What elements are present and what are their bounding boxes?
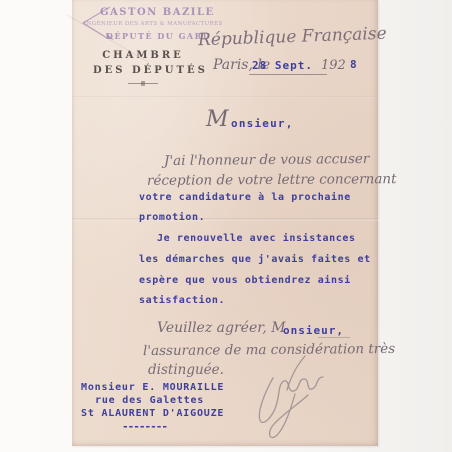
- recipient-separator-dashes: --------: [122, 420, 167, 433]
- salutation-initial: M: [206, 107, 229, 132]
- body-typed-line: promotion.: [139, 212, 205, 223]
- recipient-street: rue des Galettes: [95, 395, 204, 406]
- dateline-underline: [249, 74, 327, 75]
- chamber-ornament-rule: [128, 83, 158, 84]
- chamber-des-deputes-heading: CHAMBRE DES DÉPUTÉS: [93, 48, 193, 78]
- recipient-name: Monsieur E. MOURAILLE: [81, 382, 224, 393]
- body-typed-line: Je renouvelle avec insistances: [157, 233, 356, 244]
- salutation-typed: onsieur,: [231, 117, 294, 130]
- body-typed-line: espère que vous obtiendrez ainsi: [139, 275, 351, 286]
- letter-photo: GASTON BAZILE INGÉNIEUR DES ARTS & MANUF…: [0, 0, 452, 452]
- stamp-sender-title: INGÉNIEUR DES ARTS & MANUFACTURES: [84, 21, 223, 27]
- body-typed-line: votre candidature à la prochaine: [139, 192, 351, 203]
- body-typed-line: satisfaction.: [139, 295, 225, 306]
- dateline-typed-year-digit: 8: [350, 58, 357, 71]
- closing-script-line: distinguée.: [148, 362, 224, 378]
- body-script-line: J'ai l'honneur de vous accuser: [164, 151, 369, 169]
- body-typed-line: les démarches que j'avais faites et: [139, 254, 371, 265]
- stamp-sender-name: GASTON BAZILE: [100, 7, 215, 18]
- stamp-sender-role: DÉPUTÉ DU GARD: [106, 31, 211, 41]
- chamber-line1: CHAMBRE: [93, 48, 193, 63]
- chamber-line2: DES DÉPUTÉS: [93, 63, 193, 78]
- closing-underline: [318, 337, 350, 338]
- signature: [245, 350, 340, 440]
- closing-typed: onsieur,: [283, 324, 344, 337]
- closing-script-line: Veuillez agréer, M: [157, 320, 286, 336]
- body-script-line: réception de votre lettre concernant: [147, 171, 397, 189]
- dateline-typed-date: 28 Sept.: [252, 59, 313, 72]
- dateline-printed-year: 192: [321, 58, 346, 73]
- recipient-city: St ALAURENT D'AIGOUZE: [81, 408, 224, 419]
